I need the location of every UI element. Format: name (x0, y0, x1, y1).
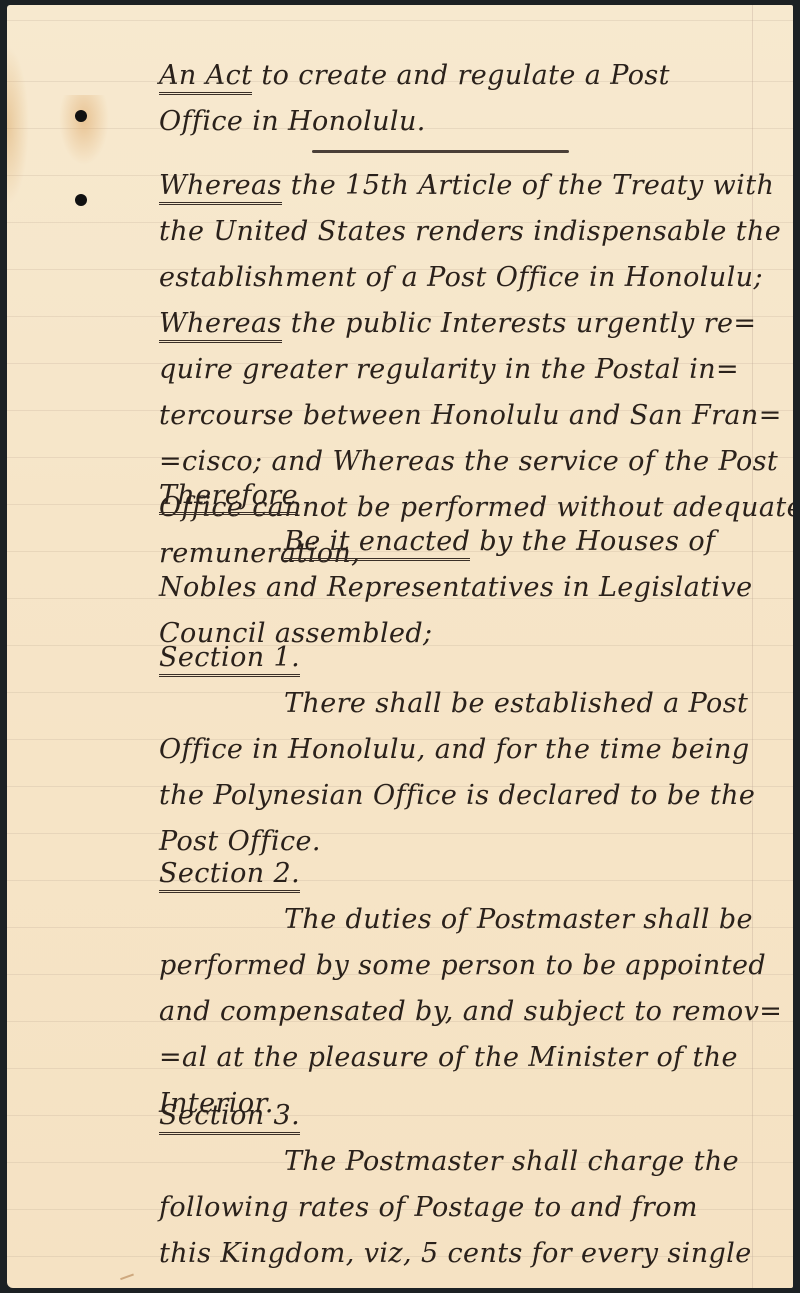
section-heading: Section 3. (159, 1093, 789, 1139)
title-text: to create and regulate a Post (252, 60, 670, 91)
preamble-line: Whereas the public Interests urgently re… (159, 301, 789, 347)
binding-hole-top (75, 110, 87, 122)
section-3: Section 3. The Postmaster shall charge t… (159, 1093, 789, 1277)
section-line: =al at the pleasure of the Minister of t… (159, 1035, 789, 1081)
section-line: and compensated by, and subject to remov… (159, 989, 789, 1035)
therefore-line: Therefore (159, 473, 789, 519)
section-line: the Polynesian Office is declared to be … (159, 773, 789, 819)
section-2-heading: Section 2. (159, 858, 300, 893)
enacting-line: Nobles and Representatives in Legislativ… (159, 565, 789, 611)
preamble-text: the public Interests urgently re= (282, 308, 757, 339)
act-title: An Act to create and regulate a Post Off… (159, 53, 789, 145)
section-heading: Section 2. (159, 851, 789, 897)
section-1: Section 1. There shall be established a … (159, 635, 789, 865)
section-3-heading: Section 3. (159, 1100, 300, 1135)
binding-stain (59, 95, 109, 165)
enacting-clause: Therefore Be it enacted by the Houses of… (159, 473, 789, 657)
binding-hole-bottom (75, 194, 87, 206)
edge-stain (7, 45, 29, 205)
preamble-line: Whereas the 15th Article of the Treaty w… (159, 163, 789, 209)
section-2: Section 2. The duties of Postmaster shal… (159, 851, 789, 1127)
title-text: Office in Honolulu. (159, 106, 426, 137)
preamble-line: quire greater regularity in the Postal i… (159, 347, 789, 393)
preamble-line: the United States renders indispensable … (159, 209, 789, 255)
title-divider (312, 150, 569, 153)
section-line: The Postmaster shall charge the (159, 1139, 789, 1185)
title-line-2: Office in Honolulu. (159, 99, 789, 145)
preamble-text: the 15th Article of the Treaty with (282, 170, 774, 201)
section-line: this Kingdom, viz, 5 cents for every sin… (159, 1231, 789, 1277)
whereas-underlined: Whereas (159, 308, 282, 343)
section-1-heading: Section 1. (159, 642, 300, 677)
enacting-text: by the Houses of (470, 526, 715, 557)
section-line: performed by some person to be appointed (159, 943, 789, 989)
section-heading: Section 1. (159, 635, 789, 681)
act-heading-underlined: An Act (159, 60, 252, 95)
document-page: An Act to create and regulate a Post Off… (7, 5, 793, 1288)
section-line: There shall be established a Post (159, 681, 789, 727)
enacting-line: Be it enacted by the Houses of (159, 519, 789, 565)
preamble-text: the United States renders indispensable … (159, 216, 781, 247)
preamble-text: tercourse between Honolulu and San Fran= (159, 400, 782, 431)
title-line-1: An Act to create and regulate a Post (159, 53, 789, 99)
preamble-line: establishment of a Post Office in Honolu… (159, 255, 789, 301)
preamble-line: tercourse between Honolulu and San Fran= (159, 393, 789, 439)
whereas-underlined: Whereas (159, 170, 282, 205)
enacting-text: Nobles and Representatives in Legislativ… (159, 572, 753, 603)
section-line: Office in Honolulu, and for the time bei… (159, 727, 789, 773)
preamble-text: quire greater regularity in the Postal i… (159, 354, 739, 385)
be-it-enacted-underlined: Be it enacted (284, 526, 470, 561)
section-line: The duties of Postmaster shall be (159, 897, 789, 943)
preamble-text: establishment of a Post Office in Honolu… (159, 262, 763, 293)
section-line: following rates of Postage to and from (159, 1185, 789, 1231)
therefore-underlined: Therefore (159, 480, 298, 515)
